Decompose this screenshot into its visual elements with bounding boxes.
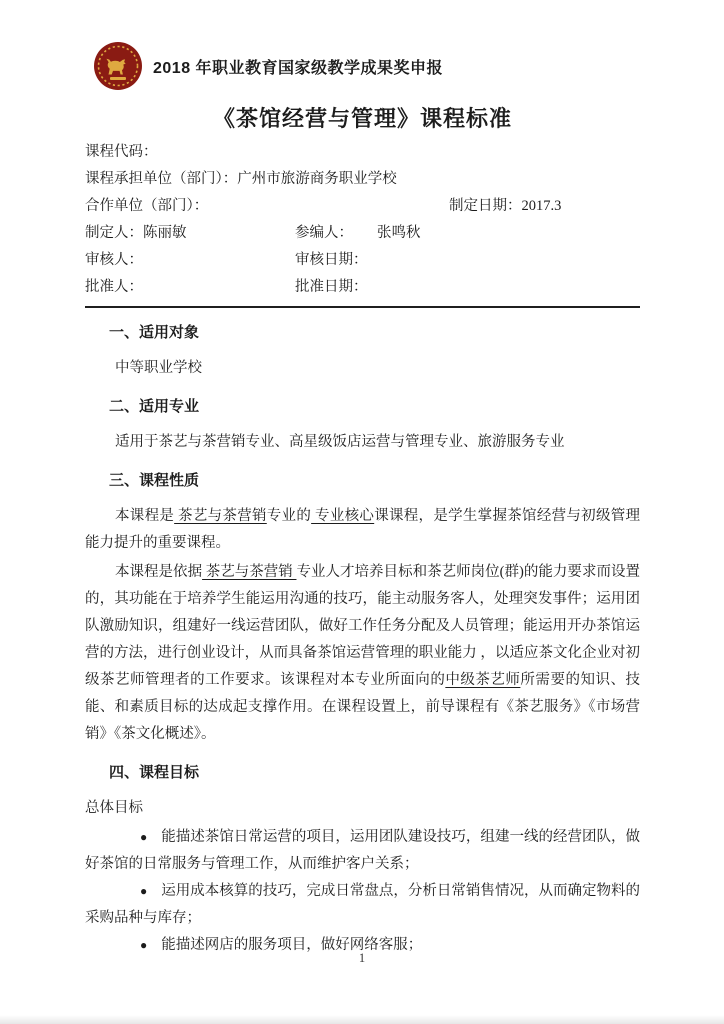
undertaking-unit: 课程承担单位（部门）：广州市旅游商务职业学校 [85, 171, 397, 187]
meta-row-cooperating-unit: 合作单位（部门）： 制定日期：2017.3 [85, 193, 640, 220]
review-date-label: 审核日期： [295, 247, 368, 274]
approve-date-label: 批准日期： [295, 274, 368, 301]
goal-bullet-1-text: 能描述茶馆日常运营的项目，运用团队建设技巧，组建一线的经营团队，做好茶馆的日常服… [85, 829, 640, 872]
section-heading-4: 四、课程目标 [85, 763, 640, 783]
meta-row-approver: 批准人： 批准日期： [85, 274, 640, 301]
meta-row-course-code: 课程代码： [85, 139, 640, 166]
document-page: 2018 年职业教育国家级教学成果奖申报 《茶馆经营与管理》课程标准 课程代码：… [0, 0, 724, 1024]
bullet-icon: ● [140, 884, 147, 898]
bullet-icon: ● [140, 830, 147, 844]
approver-label: 批准人： [85, 279, 143, 295]
page-number: 1 [0, 951, 724, 966]
meta-row-undertaking-unit: 课程承担单位（部门）：广州市旅游商务职业学校 [85, 166, 640, 193]
school-seal-icon [93, 41, 143, 91]
page-title: 《茶馆经营与管理》课程标准 [85, 102, 640, 133]
meta-row-maker: 制定人：陈丽敏 参编人： 张鸣秋 [85, 220, 640, 247]
cooperating-unit-label: 合作单位（部门）： [85, 198, 208, 214]
meta-block: 课程代码： 课程承担单位（部门）：广州市旅游商务职业学校 合作单位（部门）： 制… [85, 139, 640, 301]
divider-line [85, 306, 640, 308]
made-date: 制定日期：2017.3 [449, 193, 561, 220]
application-title: 2018 年职业教育国家级教学成果奖申报 [153, 55, 443, 78]
section-heading-2: 二、适用专业 [85, 397, 640, 417]
section-2-body: 适用于茶艺与茶营销专业、高星级饭店运营与管理专业、旅游服务专业 [85, 429, 640, 456]
section-heading-3: 三、课程性质 [85, 471, 640, 491]
course-nature-paragraph-1: 本课程是 茶艺与茶营销专业的 专业核心课课程，是学生掌握茶馆经营与初级管理能力提… [85, 503, 640, 557]
section-heading-1: 一、适用对象 [85, 323, 640, 343]
bullet-icon: ● [140, 938, 147, 952]
meta-row-reviewer: 审核人： 审核日期： [85, 247, 640, 274]
goal-bullet-2-text: 运用成本核算的技巧，完成日常盘点，分析日常销售情况，从而确定物料的采购品种与库存… [85, 883, 640, 926]
co-editor-name: 张鸣秋 [377, 220, 421, 247]
reviewer-label: 审核人： [85, 252, 143, 268]
goal-bullet-1: ●能描述茶馆日常运营的项目，运用团队建设技巧，组建一线的经营团队，做好茶馆的日常… [85, 824, 640, 878]
co-editor-label: 参编人： [295, 220, 353, 247]
header: 2018 年职业教育国家级教学成果奖申报 [93, 40, 640, 92]
course-nature-paragraph-2: 本课程是依据 茶艺与茶营销 专业人才培养目标和茶艺师岗位(群)的能力要求而设置的… [85, 559, 640, 748]
section-1-body: 中等职业学校 [85, 355, 640, 382]
overall-goal-subheading: 总体目标 [85, 795, 640, 822]
maker-name: 制定人：陈丽敏 [85, 225, 187, 241]
course-code-label: 课程代码： [85, 144, 158, 160]
goal-bullet-2: ●运用成本核算的技巧，完成日常盘点，分析日常销售情况，从而确定物料的采购品种与库… [85, 878, 640, 932]
